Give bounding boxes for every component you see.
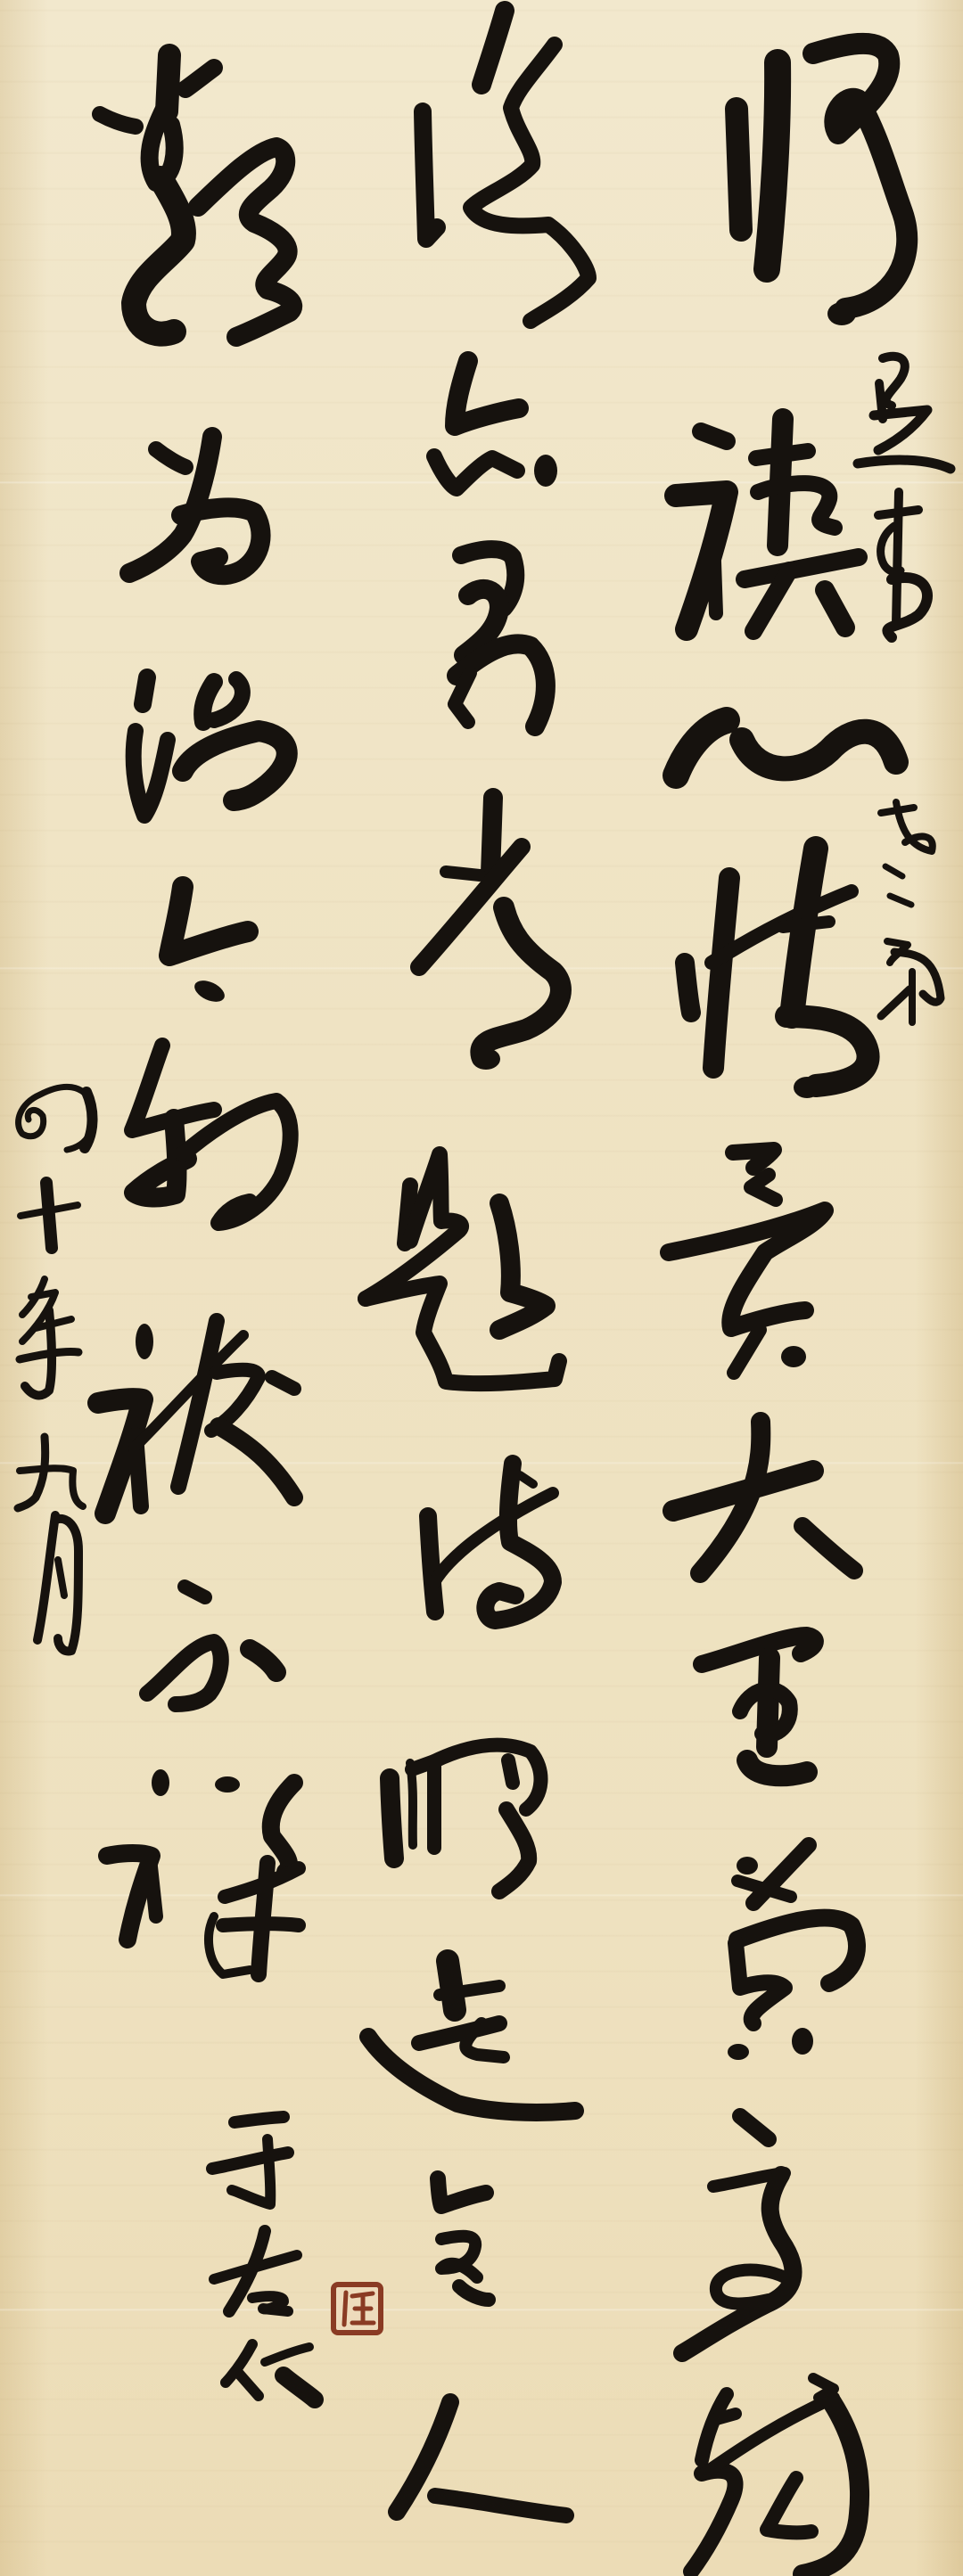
character: 觴 [689,2375,865,2576]
character: 易 [455,546,553,729]
inscription-character: 年 [18,1276,78,1402]
character: 為 [728,1839,862,2062]
small-character: 古 [880,802,936,858]
character: 人 [397,2398,568,2518]
character: 禊 [671,417,862,638]
character: 大 [671,1420,856,1576]
small-character: 事 [871,490,930,642]
signature-character: 右 [214,2231,297,2311]
character: 時 [428,1462,557,1622]
character: 明 [388,1740,546,1891]
character: 不 [145,1585,276,1704]
character: 点 [434,359,559,488]
character: 修 [422,9,588,321]
character: 考 [419,797,566,1065]
character: 修 [728,41,909,324]
seal-text: 任 [333,2285,381,2333]
character: 情 [682,845,869,1095]
inscription-character: 十 [21,1183,78,1248]
character: 祥 [107,1771,299,1974]
character: 難 [98,53,303,339]
small-character: 之 [885,865,912,907]
character: 心 [671,714,901,792]
inscription-character: 四 [12,1080,96,1152]
signature-character: 于 [212,2117,288,2204]
character: 重 [702,1631,818,1792]
character: 能 [131,1043,296,1226]
character: 祓 [98,1319,296,1515]
inscription-character: 月 [36,1509,82,1653]
character: 要 [663,1150,829,1373]
character: 生 [437,2175,490,2301]
inscription-character: 九 [18,1435,83,1509]
character: 以 [169,886,250,1002]
small-character: 是 [856,352,951,474]
character: 為 [128,434,263,578]
small-character: 永 [880,939,942,1022]
character: 流 [680,2114,796,2353]
character: 起 [366,1150,562,1386]
signature-character: 任 [226,2344,315,2400]
character: 造 [368,1961,575,2114]
character: 深 [131,660,299,816]
calligraphy-scroll: 修 禊 心 情 要 大 重 為 流 觴 是 事 古 之 永 修 点 易 考 起 … [0,0,963,2576]
